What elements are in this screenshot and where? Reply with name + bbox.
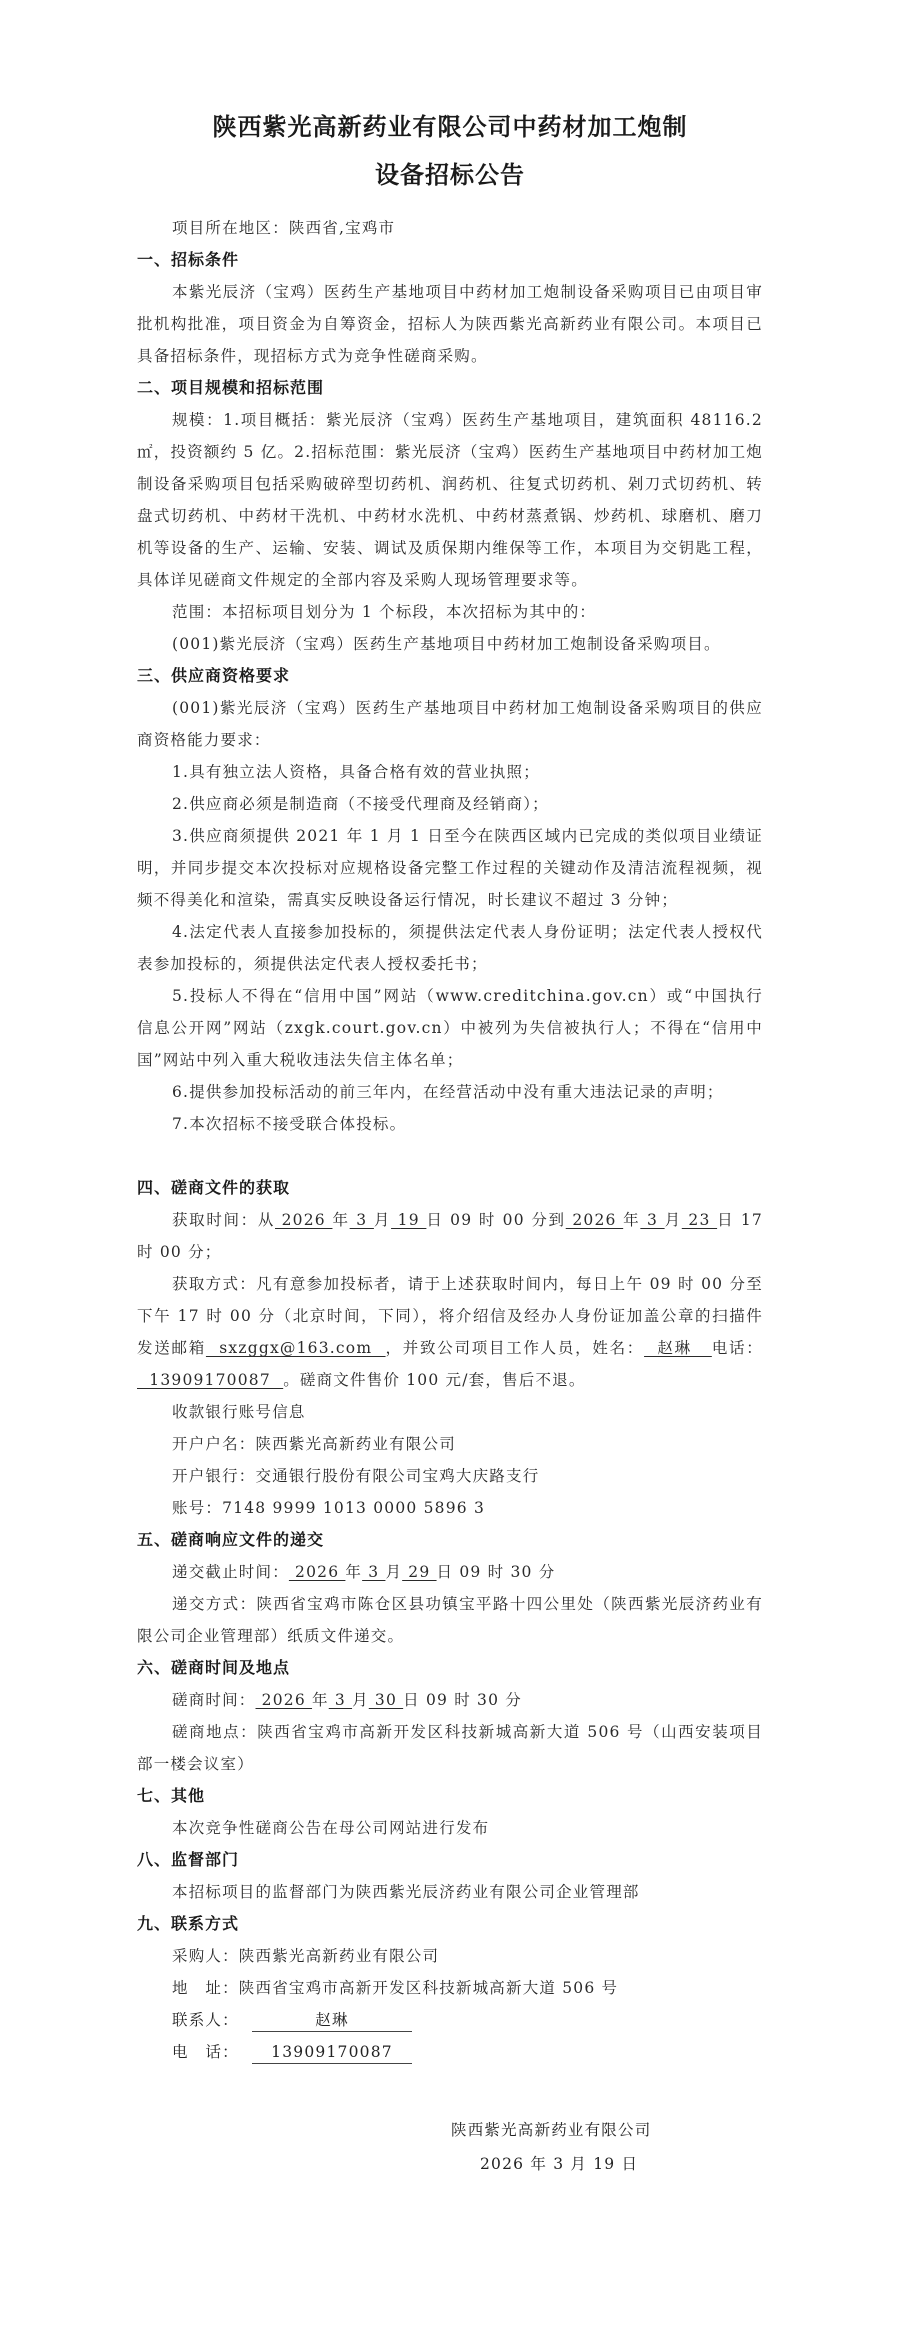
address: 地 址：陕西省宝鸡市高新开发区科技新城高新大道 506 号: [137, 1972, 763, 2004]
project-lot-text: (001)紫光辰济（宝鸡）医药生产基地项目中药材加工炮制设备采购项目。: [137, 628, 763, 660]
qualification-item: 7.本次招标不接受联合体投标。: [137, 1108, 763, 1140]
end-year: 2026: [566, 1211, 623, 1229]
document-title-line2: 设备招标公告: [137, 160, 763, 190]
qualification-item: 5.投标人不得在“信用中国”网站（www.creditchina.gov.cn）…: [137, 980, 763, 1076]
label: 月: [385, 1563, 402, 1581]
bank-info-title: 收款银行账号信息: [137, 1396, 763, 1428]
section-heading: 九、联系方式: [137, 1908, 763, 1940]
end-day: 23: [682, 1211, 717, 1229]
contact-person-label: 联系人：: [172, 2004, 252, 2036]
consultation-year: 2026: [256, 1691, 313, 1709]
section-heading: 六、磋商时间及地点: [137, 1652, 763, 1684]
start-day: 19: [391, 1211, 426, 1229]
bank-account-number: 账号：7148 9999 1013 0000 5896 3: [137, 1492, 763, 1524]
section-supplier-qualifications: 三、供应商资格要求 (001)紫光辰济（宝鸡）医药生产基地项目中药材加工炮制设备…: [137, 660, 763, 1140]
label: 月: [352, 1691, 369, 1709]
acquisition-method: 获取方式：凡有意参加投标者，请于上述获取时间内，每日上午 09 时 00 分至下…: [137, 1268, 763, 1396]
contact-name: 赵琳: [644, 1339, 712, 1357]
label: 年: [332, 1211, 349, 1229]
consultation-day: 30: [369, 1691, 403, 1709]
contact-person-value: 赵琳: [252, 2009, 412, 2032]
qualification-intro: (001)紫光辰济（宝鸡）医药生产基地项目中药材加工炮制设备采购项目的供应商资格…: [137, 692, 763, 756]
label: 月: [665, 1211, 682, 1229]
deadline-day: 29: [402, 1563, 436, 1581]
section-document-acquisition: 四、磋商文件的获取 获取时间：从 2026 年 3 月 19 日 09 时 00…: [137, 1172, 763, 1524]
contact-phone-label: 电 话：: [172, 2036, 252, 2068]
section-supervision: 八、监督部门 本招标项目的监督部门为陕西紫光辰济药业有限公司企业管理部: [137, 1844, 763, 1908]
spacer: [137, 1140, 763, 1172]
qualification-item: 2.供应商必须是制造商（不接受代理商及经销商）；: [137, 788, 763, 820]
qualification-item: 3.供应商须提供 2021 年 1 月 1 日至今在陕西区域内已完成的类似项目业…: [137, 820, 763, 916]
signature-org: 陕西紫光高新药业有限公司: [451, 2118, 651, 2140]
section-text: 本招标项目的监督部门为陕西紫光辰济药业有限公司企业管理部: [137, 1876, 763, 1908]
consultation-time: 磋商时间： 2026 年 3 月 30 日 09 时 30 分: [137, 1684, 763, 1716]
document-title-line1: 陕西紫光高新药业有限公司中药材加工炮制: [137, 112, 763, 142]
section-text: 本紫光辰济（宝鸡）医药生产基地项目中药材加工炮制设备采购项目已由项目审批机构批准…: [137, 276, 763, 372]
project-scope-text: 范围：本招标项目划分为 1 个标段，本次招标为其中的：: [137, 596, 763, 628]
label: 获取时间：从: [172, 1211, 275, 1229]
consultation-month: 3: [329, 1691, 352, 1709]
label: 。磋商文件售价 100 元/套，售后不退。: [283, 1371, 585, 1389]
label: 年: [312, 1691, 329, 1709]
label: 磋商时间：: [172, 1691, 256, 1709]
start-month: 3: [350, 1211, 374, 1229]
section-other: 七、其他 本次竞争性磋商公告在母公司网站进行发布: [137, 1780, 763, 1844]
project-region: 项目所在地区：陕西省,宝鸡市: [137, 212, 763, 244]
signature-date: 2026 年 3 月 19 日: [480, 2152, 638, 2174]
section-heading: 七、其他: [137, 1780, 763, 1812]
qualification-item: 1.具有独立法人资格，具备合格有效的营业执照；: [137, 756, 763, 788]
contact-phone: 13909170087: [137, 1371, 283, 1389]
label: 年: [623, 1211, 640, 1229]
deadline-month: 3: [362, 1563, 385, 1581]
buyer: 采购人：陕西紫光高新药业有限公司: [137, 1940, 763, 1972]
section-project-scale: 二、项目规模和招标范围 规模：1.项目概括：紫光辰济（宝鸡）医药生产基地项目，建…: [137, 372, 763, 660]
section-contact: 九、联系方式 采购人：陕西紫光高新药业有限公司 地 址：陕西省宝鸡市高新开发区科…: [137, 1908, 763, 2068]
section-heading: 五、磋商响应文件的递交: [137, 1524, 763, 1556]
qualification-item: 4.法定代表人直接参加投标的，须提供法定代表人身份证明；法定代表人授权代表参加投…: [137, 916, 763, 980]
contact-person-row: 联系人： 赵琳: [137, 2004, 763, 2036]
bank-name: 开户银行：交通银行股份有限公司宝鸡大庆路支行: [137, 1460, 763, 1492]
end-month: 3: [640, 1211, 664, 1229]
section-heading: 三、供应商资格要求: [137, 660, 763, 692]
label: ，并致公司项目工作人员，姓名：: [386, 1339, 645, 1357]
section-bidding-conditions: 一、招标条件 本紫光辰济（宝鸡）医药生产基地项目中药材加工炮制设备采购项目已由项…: [137, 244, 763, 372]
label: 递交截止时间：: [172, 1563, 289, 1581]
label: 月: [374, 1211, 391, 1229]
section-heading: 二、项目规模和招标范围: [137, 372, 763, 404]
bank-account-name: 开户户名：陕西紫光高新药业有限公司: [137, 1428, 763, 1460]
submission-method: 递交方式：陕西省宝鸡市陈仓区县功镇宝平路十四公里处（陕西紫光辰济药业有限公司企业…: [137, 1588, 763, 1652]
signature-block: 陕西紫光高新药业有限公司 2026 年 3 月 19 日: [137, 2068, 763, 2188]
contact-phone-row: 电 话： 13909170087: [137, 2036, 763, 2068]
tender-announcement: 陕西紫光高新药业有限公司中药材加工炮制 设备招标公告 项目所在地区：陕西省,宝鸡…: [137, 112, 763, 2188]
deadline-year: 2026: [289, 1563, 346, 1581]
acquisition-time: 获取时间：从 2026 年 3 月 19 日 09 时 00 分到 2026 年…: [137, 1204, 763, 1268]
submission-deadline: 递交截止时间： 2026 年 3 月 29 日 09 时 30 分: [137, 1556, 763, 1588]
qualification-item: 6.提供参加投标活动的前三年内，在经营活动中没有重大违法记录的声明；: [137, 1076, 763, 1108]
project-scale-text: 规模：1.项目概括：紫光辰济（宝鸡）医药生产基地项目，建筑面积 48116.2㎡…: [137, 404, 763, 596]
consultation-place: 磋商地点：陕西省宝鸡市高新开发区科技新城高新大道 506 号（山西安装项目部一楼…: [137, 1716, 763, 1780]
label: 日 09 时 30 分: [403, 1691, 522, 1709]
section-text: 本次竞争性磋商公告在母公司网站进行发布: [137, 1812, 763, 1844]
start-year: 2026: [275, 1211, 332, 1229]
section-heading: 四、磋商文件的获取: [137, 1172, 763, 1204]
section-heading: 一、招标条件: [137, 244, 763, 276]
contact-phone-value: 13909170087: [252, 2041, 412, 2064]
section-response-submission: 五、磋商响应文件的递交 递交截止时间： 2026 年 3 月 29 日 09 时…: [137, 1524, 763, 1652]
label: 年: [345, 1563, 362, 1581]
label: 日 09 时 00 分到: [426, 1211, 565, 1229]
section-heading: 八、监督部门: [137, 1844, 763, 1876]
label: 日 09 时 30 分: [437, 1563, 556, 1581]
label: 电话：: [712, 1339, 763, 1357]
section-consultation-time-place: 六、磋商时间及地点 磋商时间： 2026 年 3 月 30 日 09 时 30 …: [137, 1652, 763, 1780]
contact-email: sxzggx@163.com: [206, 1339, 386, 1357]
